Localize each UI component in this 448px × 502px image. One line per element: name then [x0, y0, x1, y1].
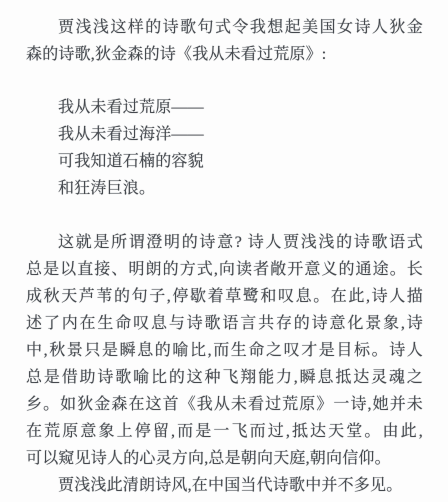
text-line: 乡。如狄金森在这首《我从未看过荒原》一诗,她并未 — [26, 391, 423, 418]
poem-line: 和狂涛巨浪。 — [26, 175, 423, 202]
text-line: 总是以直接、明朗的方式,向读者敞开意义的通途。长 — [26, 256, 423, 283]
text-line: 成秋天芦苇的句子,停歇着草鹭和叹息。在此,诗人描 — [26, 283, 423, 310]
document-page: 贾浅浅这样的诗歌句式令我想起美国女诗人狄金 森的诗歌,狄金森的诗《我从未看过荒原… — [0, 0, 448, 502]
text-line: 述了内在生命叹息与诗歌语言共存的诗意化景象,诗 — [26, 310, 423, 337]
text-line: 贾浅浅这样的诗歌句式令我想起美国女诗人狄金 — [26, 14, 423, 41]
intro-paragraph: 贾浅浅这样的诗歌句式令我想起美国女诗人狄金 森的诗歌,狄金森的诗《我从未看过荒原… — [26, 14, 423, 68]
commentary-paragraph: 这就是所谓澄明的诗意? 诗人贾浅浅的诗歌语式 总是以直接、明朗的方式,向读者敞开… — [26, 229, 423, 472]
text-line: 总是借助诗歌喻比的这种飞翔能力,瞬息抵达灵魂之 — [26, 364, 423, 391]
text-line: 森的诗歌,狄金森的诗《我从未看过荒原》: — [26, 41, 423, 68]
poem-line: 可我知道石楠的容貌 — [26, 148, 423, 175]
poem-line: 我从未看过海洋—— — [26, 121, 423, 148]
poem-line: 我从未看过荒原—— — [26, 94, 423, 121]
text-line: 这就是所谓澄明的诗意? 诗人贾浅浅的诗歌语式 — [26, 229, 423, 256]
text-line: 可以窥见诗人的心灵方向,总是朝向天庭,朝向信仰。 — [26, 445, 423, 472]
poem-quote-block: 我从未看过荒原—— 我从未看过海洋—— 可我知道石楠的容貌 和狂涛巨浪。 — [26, 94, 423, 202]
closing-paragraph: 贾浅浅此清朗诗风,在中国当代诗歌中并不多见。 — [26, 472, 423, 499]
text-line: 贾浅浅此清朗诗风,在中国当代诗歌中并不多见。 — [26, 472, 423, 499]
text-line: 在荒原意象上停留,而是一飞而过,抵达天堂。由此, — [26, 418, 423, 445]
text-line: 中,秋景只是瞬息的喻比,而生命之叹才是目标。诗人 — [26, 337, 423, 364]
